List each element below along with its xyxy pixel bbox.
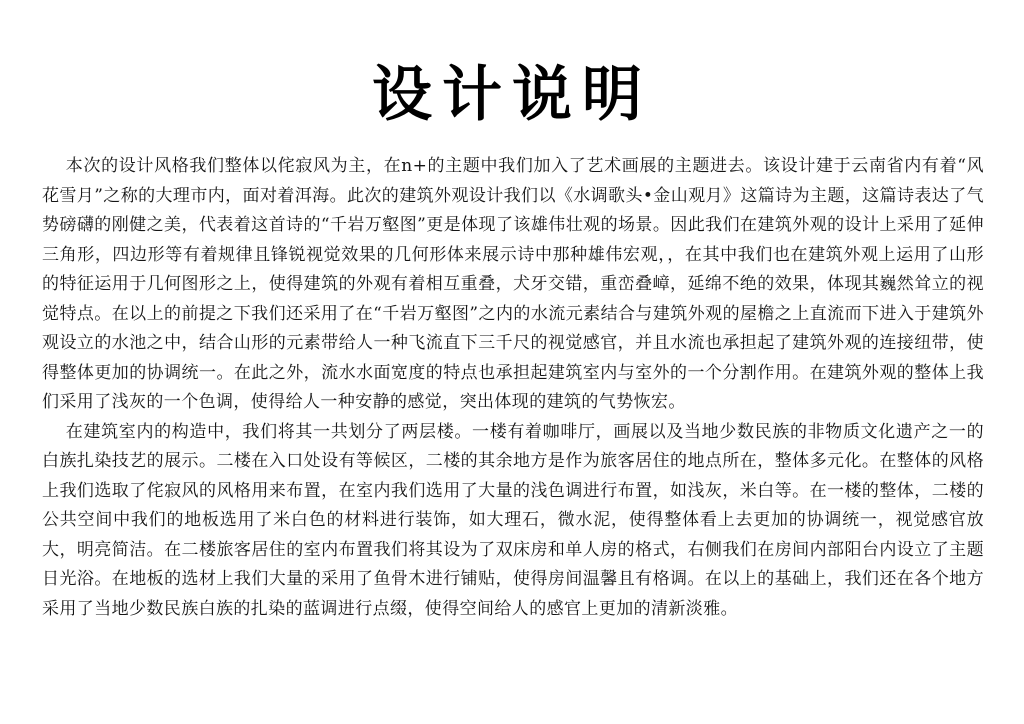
document-title: 设计说明 <box>0 64 1024 126</box>
paragraph-interior-design: 在建筑室内的构造中，我们将其一共划分了两层楼。一楼有着咖啡厅，画展以及当地少数民… <box>42 418 984 625</box>
paragraph-exterior-design: 本次的设计风格我们整体以侘寂风为主，在n+的主题中我们加入了艺术画展的主题进去。… <box>42 152 984 418</box>
document-body: 本次的设计风格我们整体以侘寂风为主，在n+的主题中我们加入了艺术画展的主题进去。… <box>42 152 984 624</box>
document-page: 设计说明 本次的设计风格我们整体以侘寂风为主，在n+的主题中我们加入了艺术画展的… <box>0 0 1024 724</box>
